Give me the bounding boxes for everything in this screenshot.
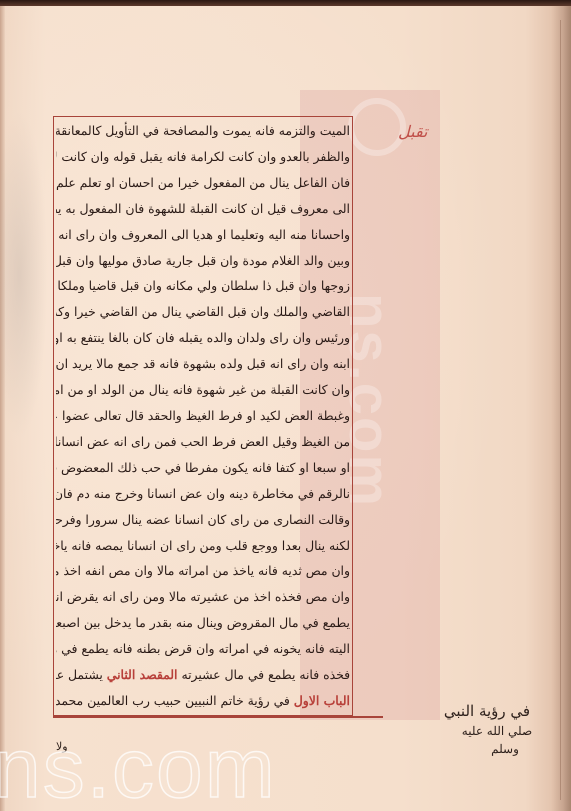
text-line-body: وغبطة العض لكيد او فرط الغيظ والحقد قال … bbox=[56, 408, 350, 423]
right-page-edge bbox=[551, 6, 571, 811]
watermark-bottom-text: ns.com bbox=[0, 726, 277, 810]
text-line-body: لكنه ينال بعدا ووجع قلب ومن راى ان انسان… bbox=[56, 538, 350, 553]
margin-bottom-note: في رؤية النبي صلي الله عليه وسلم bbox=[432, 700, 542, 758]
text-line: او سبعا او كتفا فانه يكون مفرطا في حب ذل… bbox=[56, 455, 350, 481]
text-line-body: الى معروف قيل ان كانت القبلة للشهوة فان … bbox=[56, 201, 350, 216]
text-line: وان مص ثديه فانه ياخذ من امراته مالا وان… bbox=[56, 558, 350, 584]
text-line: واحسانا منه اليه وتعليما او هديا الى الم… bbox=[56, 222, 350, 248]
main-text-block: الميت والتزمه فانه يموت والمصافحة في الت… bbox=[56, 118, 350, 714]
text-line-body: ورئيس وان راى ولدان والده يقبله فان كان … bbox=[56, 330, 350, 345]
text-line: اليته فانه يخونه في امراته وان قرض بطنه … bbox=[56, 636, 350, 662]
text-line: وقالت النصارى من راى كان انسانا عضه ينال… bbox=[56, 507, 350, 533]
rubric-heading: المقصد الثاني bbox=[107, 667, 178, 682]
margin-note-line-1: في رؤية النبي bbox=[432, 700, 542, 722]
text-line: ابنه وان راى انه قبل ولده بشهوة فانه قد … bbox=[56, 351, 350, 377]
text-line: ورئيس وان راى ولدان والده يقبله فان كان … bbox=[56, 325, 350, 351]
manuscript-page: ns.com الميت والتزمه فانه يموت والمصافحة… bbox=[0, 0, 571, 811]
text-line-body: وبين والد الغلام مودة وان قبل جارية صادق… bbox=[56, 253, 350, 268]
text-line: يطمع في مال المقروض وينال منه بقدر ما يد… bbox=[56, 610, 350, 636]
right-page-fold bbox=[560, 20, 561, 800]
text-line-body: وان مص ثديه فانه ياخذ من امراته مالا وان… bbox=[56, 563, 350, 578]
text-line-body: من الغيظ وقيل العض فرط الحب فمن راى انه … bbox=[56, 434, 350, 449]
text-line: القاضي والملك وان قبل القاضي ينال من الق… bbox=[56, 299, 350, 325]
text-line: فان الفاعل ينال من المفعول خيرا من احسان… bbox=[56, 170, 350, 196]
text-line-body: يطمع في مال المقروض وينال منه بقدر ما يد… bbox=[56, 615, 350, 630]
text-line-body: ابنه وان راى انه قبل ولده بشهوة فانه قد … bbox=[56, 356, 350, 371]
text-line: الميت والتزمه فانه يموت والمصافحة في الت… bbox=[56, 118, 350, 144]
margin-note-line-2: صلي الله عليه bbox=[452, 722, 542, 740]
text-frame-bottom-rule bbox=[53, 716, 383, 718]
text-line: لكنه ينال بعدا ووجع قلب ومن راى ان انسان… bbox=[56, 533, 350, 559]
text-line-body: القاضي والملك وان قبل القاضي ينال من الق… bbox=[56, 304, 350, 319]
text-line-body: زوجها وان قبل ذا سلطان ولي مكانه وان قبل… bbox=[56, 278, 350, 293]
text-line-body: نالرقم في مخاطرة دينه وان عض انسانا وخرج… bbox=[56, 486, 350, 501]
text-line: نالرقم في مخاطرة دينه وان عض انسانا وخرج… bbox=[56, 481, 350, 507]
text-line-body: في رؤية خاتم النبيين حبيب رب العالمين مح… bbox=[56, 693, 294, 708]
margin-stain bbox=[0, 110, 48, 440]
margin-red-note: تقبل bbox=[398, 122, 428, 141]
text-line-body: اليته فانه يخونه في امراته وان قرض بطنه … bbox=[56, 641, 350, 656]
text-line-body: او سبعا او كتفا فانه يكون مفرطا في حب ذل… bbox=[56, 460, 350, 475]
text-line-body: وان كانت القبلة من غير شهوة فانه ينال من… bbox=[56, 382, 350, 397]
text-line-body: فان الفاعل ينال من المفعول خيرا من احسان… bbox=[56, 175, 350, 190]
text-line-body: الميت والتزمه فانه يموت والمصافحة في الت… bbox=[56, 123, 350, 138]
text-line-body: وان مص فخذه اخذ من عشيرته مالا ومن راى ا… bbox=[56, 589, 350, 604]
top-binding-edge bbox=[0, 0, 571, 6]
text-line-body: واحسانا منه اليه وتعليما او هديا الى الم… bbox=[56, 227, 350, 242]
text-line: الى معروف قيل ان كانت القبلة للشهوة فان … bbox=[56, 196, 350, 222]
text-line-body: وقالت النصارى من راى كان انسانا عضه ينال… bbox=[56, 512, 350, 527]
text-line-body: والظفر بالعدو وان كانت لكرامة فانه يقبل … bbox=[56, 149, 350, 164]
rubric-heading: الباب الاول bbox=[294, 693, 350, 708]
text-line: وغبطة العض لكيد او فرط الغيظ والحقد قال … bbox=[56, 403, 350, 429]
text-line-body: يشتمل على ثلثة ابواب bbox=[56, 667, 107, 682]
text-line: وبين والد الغلام مودة وان قبل جارية صادق… bbox=[56, 248, 350, 274]
text-line: زوجها وان قبل ذا سلطان ولي مكانه وان قبل… bbox=[56, 273, 350, 299]
text-line-body: فخذه فانه يطمع في مال عشيرته bbox=[178, 667, 351, 682]
text-line: من الغيظ وقيل العض فرط الحب فمن راى انه … bbox=[56, 429, 350, 455]
text-line: الباب الاول في رؤية خاتم النبيين حبيب رب… bbox=[56, 688, 350, 714]
margin-note-line-3: وسلم bbox=[468, 740, 542, 758]
text-line: فخذه فانه يطمع في مال عشيرته المقصد الثا… bbox=[56, 662, 350, 688]
text-line: وان كانت القبلة من غير شهوة فانه ينال من… bbox=[56, 377, 350, 403]
text-line: وان مص فخذه اخذ من عشيرته مالا ومن راى ا… bbox=[56, 584, 350, 610]
text-line: والظفر بالعدو وان كانت لكرامة فانه يقبل … bbox=[56, 144, 350, 170]
